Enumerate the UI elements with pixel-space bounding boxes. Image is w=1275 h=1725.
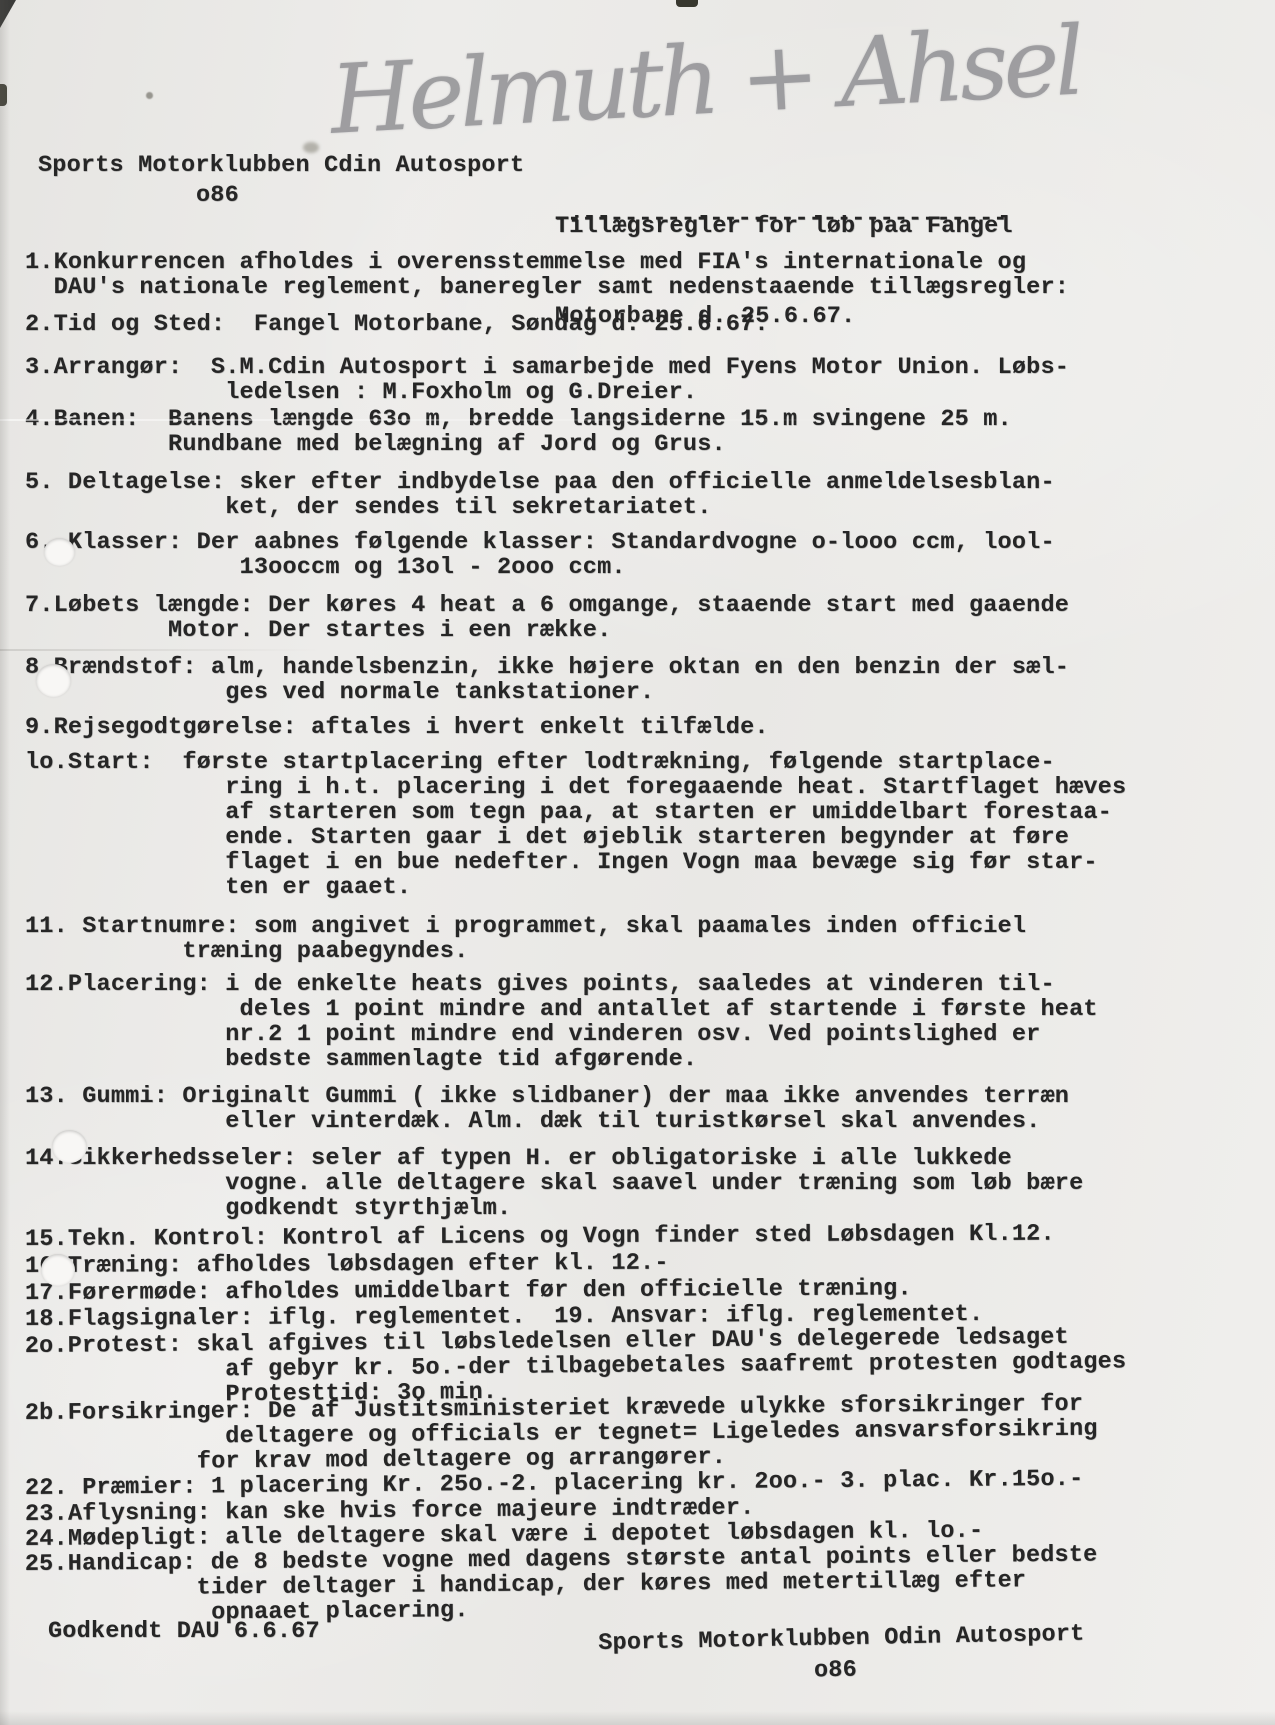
regulation-line: 8.Brændstof: alm, handelsbenzin, ikke hø… xyxy=(25,655,1265,680)
regulation-line: træning paabegyndes. xyxy=(25,939,1265,964)
regulation-line: godkendt styrthjælm. xyxy=(25,1196,1265,1221)
regulation-line: vogne. alle deltagere skal saavel under … xyxy=(25,1171,1265,1196)
scan-artifact-smudge xyxy=(303,142,319,153)
regulation-line: lo.Start: første startplacering efter lo… xyxy=(25,750,1265,775)
scanned-document-page: Helmuth + Ahsel Sports Motorklubben Cdin… xyxy=(0,0,1275,1725)
regulation-line: ring i h.t. placering i det foregaaende … xyxy=(25,775,1265,800)
regulation-item: 6. Klasser: Der aabnes følgende klasser:… xyxy=(25,530,1265,580)
regulation-line: 1.Konkurrencen afholdes i overensstemmel… xyxy=(25,250,1265,275)
regulation-line: eller vinterdæk. Alm. dæk til turistkørs… xyxy=(25,1109,1265,1134)
regulation-line: flaget i en bue nedefter. Ingen Vogn maa… xyxy=(25,850,1265,875)
regulation-item: 4.Banen: Banens længde 63o m, bredde lan… xyxy=(25,407,1265,457)
scan-artifact-speck xyxy=(146,92,153,99)
footer-club-number: o86 xyxy=(814,1657,857,1685)
scan-artifact-nick xyxy=(676,0,698,7)
regulation-line: 13ooccm og 13ol - 2ooo ccm. xyxy=(25,555,1265,580)
punch-hole xyxy=(52,1130,87,1163)
regulation-line: deles 1 point mindre and antallet af sta… xyxy=(25,997,1265,1022)
regulation-item: 12.Placering: i de enkelte heats gives p… xyxy=(25,972,1265,1072)
regulation-item: 1.Konkurrencen afholdes i overensstemmel… xyxy=(25,250,1265,300)
scan-edge-shadow xyxy=(0,0,10,1725)
regulation-line: 6. Klasser: Der aabnes følgende klasser:… xyxy=(25,530,1265,555)
regulation-item: 3.Arrangør: S.M.Cdin Autosport i samarbe… xyxy=(25,355,1265,405)
regulations-list: 1.Konkurrencen afholdes i overensstemmel… xyxy=(25,250,1265,1627)
punch-hole xyxy=(36,664,71,697)
header-club-number: o86 xyxy=(196,182,239,209)
paper-crease xyxy=(0,649,320,651)
regulation-item: 11. Startnumre: som angivet i programmet… xyxy=(25,914,1265,964)
title-underline: -------------------------------- xyxy=(553,205,1007,232)
regulation-line: 13. Gummi: Originalt Gummi ( ikke slidba… xyxy=(25,1084,1265,1109)
regulation-line: 16.Træning: afholdes løbsdagen efter kl.… xyxy=(25,1248,1265,1279)
regulation-item: 25.Handicap: de 8 bedste vogne med dagen… xyxy=(25,1541,1266,1627)
regulation-line: 9.Rejsegodtgørelse: aftales i hvert enke… xyxy=(25,715,1265,740)
regulation-item: 5. Deltagelse: sker efter indbydelse paa… xyxy=(25,470,1265,520)
regulation-line: ende. Starten gaar i det øjeblik starter… xyxy=(25,825,1265,850)
regulation-line: 12.Placering: i de enkelte heats gives p… xyxy=(25,972,1265,997)
regulation-item: 16.Træning: afholdes løbsdagen efter kl.… xyxy=(25,1248,1265,1279)
regulation-line: af starteren som tegn paa, at starten er… xyxy=(25,800,1265,825)
regulation-line: 7.Løbets længde: Der køres 4 heat a 6 om… xyxy=(25,593,1265,618)
regulation-line: ten er gaaet. xyxy=(25,875,1265,900)
regulation-item: 2b.Forsikringer: De af Justitsministerie… xyxy=(25,1390,1266,1476)
regulation-line: Motor. Der startes i een række. xyxy=(25,618,1265,643)
approval-note: Godkendt DAU 6.6.67 xyxy=(48,1618,320,1645)
regulation-line: 3.Arrangør: S.M.Cdin Autosport i samarbe… xyxy=(25,355,1265,380)
regulation-line: 14.Sikkerhedsseler: seler af typen H. er… xyxy=(25,1146,1265,1171)
regulation-item: 13. Gummi: Originalt Gummi ( ikke slidba… xyxy=(25,1084,1265,1134)
regulation-line: 11. Startnumre: som angivet i programmet… xyxy=(25,914,1265,939)
regulation-line: DAU's nationale reglement, baneregler sa… xyxy=(25,275,1265,300)
regulation-item: 9.Rejsegodtgørelse: aftales i hvert enke… xyxy=(25,715,1265,740)
regulation-item: 7.Løbets længde: Der køres 4 heat a 6 om… xyxy=(25,593,1265,643)
regulation-line: 5. Deltagelse: sker efter indbydelse paa… xyxy=(25,470,1265,495)
regulation-line: ledelsen : M.Foxholm og G.Dreier. xyxy=(25,380,1265,405)
regulation-line: ges ved normale tankstationer. xyxy=(25,680,1265,705)
regulation-item: lo.Start: første startplacering efter lo… xyxy=(25,750,1265,900)
header-club-name: Sports Motorklubben Cdin Autosport xyxy=(38,152,524,179)
punch-hole xyxy=(41,1254,75,1286)
regulation-line: nr.2 1 point mindre end vinderen osv. Ve… xyxy=(25,1022,1265,1047)
regulation-line: 15.Tekn. Kontrol: Kontrol af Licens og V… xyxy=(25,1221,1265,1252)
paper-crease xyxy=(0,419,1275,421)
regulation-item: 15.Tekn. Kontrol: Kontrol af Licens og V… xyxy=(25,1221,1265,1252)
regulation-line: 2.Tid og Sted: Fangel Motorbane, Søndag … xyxy=(25,312,1265,337)
regulation-line: ket, der sendes til sekretariatet. xyxy=(25,495,1265,520)
handwritten-annotation: Helmuth + Ahsel xyxy=(328,6,1093,156)
regulation-line: Rundbane med belægning af Jord og Grus. xyxy=(25,432,1265,457)
regulation-line: bedste sammenlagte tid afgørende. xyxy=(25,1047,1265,1072)
regulation-item: 8.Brændstof: alm, handelsbenzin, ikke hø… xyxy=(25,655,1265,705)
regulation-item: 2.Tid og Sted: Fangel Motorbane, Søndag … xyxy=(25,312,1265,337)
punch-hole xyxy=(44,538,75,566)
regulation-item: 14.Sikkerhedsseler: seler af typen H. er… xyxy=(25,1146,1265,1221)
